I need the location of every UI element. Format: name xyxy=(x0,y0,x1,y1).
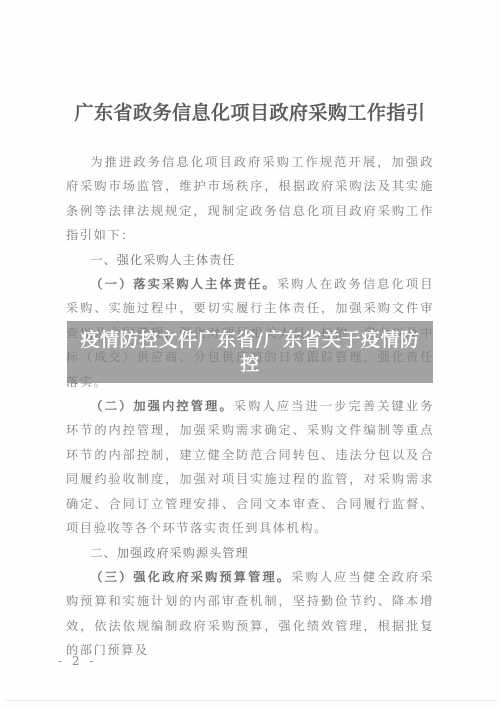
section-heading-2: 二、加强政府采购源头管理 xyxy=(66,541,434,565)
section-heading-1: 一、强化采购人主体责任 xyxy=(66,248,434,272)
page-number: - 2 - xyxy=(58,654,96,668)
clause-lead-3: （三）强化政府采购预算管理。 xyxy=(90,570,291,584)
document-page: 广东省政务信息化项目政府采购工作指引 为推进政务信息化项目政府采购工作规范开展，… xyxy=(0,0,500,706)
intro-paragraph: 为推进政务信息化项目政府采购工作规范开展，加强政府采购市场监管，维护市场秩序，根… xyxy=(66,150,434,248)
overlay-title: 疫情防控文件广东省/广东省关于疫情防控 xyxy=(80,328,420,376)
clause-lead-1: （一）落实采购人主体责任。 xyxy=(90,277,276,291)
document-body: 为推进政务信息化项目政府采购工作规范开展，加强政府采购市场监管，维护市场秩序，根… xyxy=(66,150,434,663)
overlay-title-banner: 疫情防控文件广东省/广东省关于疫情防控 xyxy=(67,321,433,383)
clause-paragraph-2: （二）加强内控管理。采购人应当进一步完善关键业务环节的内控管理，加强采购需求确定… xyxy=(66,394,434,540)
clause-paragraph-3: （三）强化政府采购预算管理。采购人应当健全政府采购预算和实施计划的内部审查机制，… xyxy=(66,565,434,663)
document-title: 广东省政务信息化项目政府采购工作指引 xyxy=(0,98,500,125)
clause-lead-2: （二）加强内控管理。 xyxy=(90,399,233,413)
clause-text-2: 采购人应当进一步完善关键业务环节的内控管理，加强采购需求确定、采购文件编制等重点… xyxy=(66,399,434,535)
page-bottom-divider xyxy=(5,700,495,701)
